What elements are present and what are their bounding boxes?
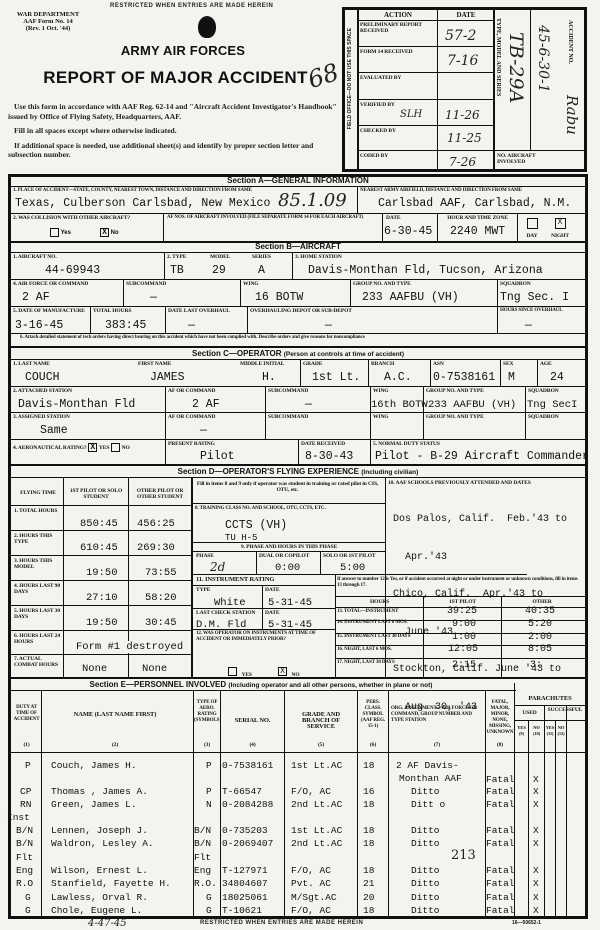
hours-row-other: 8:05 [528,644,552,655]
section-e-title: Section E—PERSONNEL INVOLVED (Including … [11,680,511,689]
date-received-value: 8-30-43 [305,451,353,463]
rating: R.O. [194,878,217,889]
injury: Fatal [486,774,515,785]
flying-row-label: 1. Total hours [14,508,62,514]
subcommand-value: — [150,292,157,304]
org: Ditto [411,905,440,916]
header-class: Pers. class. symbol (AAF Reg. 15-1) [358,700,388,730]
type-model-value: TB-29A [505,32,527,103]
grade-label: Grade [303,361,322,367]
ink-blot [198,16,216,38]
branch-label: Branch [371,361,394,367]
section-d-title: Section D—OPERATOR'S FLYING EXPERIENCE (… [11,467,585,476]
grade: 1st Lt.AC [291,760,342,771]
asn-label: ASN [433,361,444,367]
parachutes-successful-header: Successful [545,707,585,713]
collision-label: 2. Was collision with other aircraft? [13,215,163,221]
duty-status-label: 5. Normal duty status [373,441,440,447]
injury: Fatal [486,892,515,903]
rating: G [206,892,212,903]
assigned-squadron-label: Squadron [528,414,559,420]
rating: G [206,905,212,916]
aero-rating-label: 4. Aeronautical rating? [13,445,87,451]
flying-row-label: 5. Hours last 30 days [14,608,62,620]
flying-row-label: 3. Hours this model [14,558,62,570]
home-station-value: Davis-Monthan Fld, Tucson, Arizona [308,265,543,277]
header-org-num: (7) [391,742,483,748]
hours-row-first: 2:15 [452,660,476,671]
af-numbers-label: AF Nos. of aircraft involved (File separ… [167,215,382,221]
hours-first-pilot-header: 1st pilot [425,599,500,605]
form14-received-label: Form 14 received [360,49,435,55]
print-code: 16—50652-1 [512,920,541,926]
org-continued: Monthan AAF [399,773,462,784]
hours-row-label: 16. Night, last 6 mos. [337,647,422,653]
collision-yes-option[interactable]: Yes [50,228,71,237]
wing-value: 16 BOTW [255,292,303,304]
duty: B/N [16,838,33,849]
para-col-num: (10) [529,731,544,737]
section-c-title-main: Section C—OPERATOR [192,349,282,358]
day-option[interactable]: Day [522,215,542,239]
para-used-no: No(10) [529,725,544,737]
instrument-rating-title: 11. Instrument rating [196,577,274,583]
present-rating-label: Present rating [168,441,215,447]
name: Green, James L. [51,799,137,810]
form-number: AAF Form No. 14 [8,18,88,25]
class: 18 [363,799,374,810]
squadron-value: Tng Sec. I [500,292,569,304]
name: Thomas , James A. [51,786,148,797]
coded-by-label: Coded by [360,153,388,159]
date-value: 6-30-45 [384,226,432,238]
class: 18 [363,905,374,916]
aero-rating-field: 4. Aeronautical rating? X Yes No [13,443,130,452]
personnel-row: CP Thomas , James A. P T-66547 F/O, AC 1… [11,786,585,799]
class: 18 [363,825,374,836]
flying-row-merged: Form #1 destroyed [74,641,185,653]
personnel-row: R.O Stanfield, Fayette H. R.O. 34804607 … [11,878,585,891]
attached-station-value: Davis-Monthan Fld [18,399,135,411]
hours-row-other: 5:20 [528,619,552,630]
assigned-station-value: Same [40,425,68,437]
flying-row-label: 7. Actual combat hours [14,656,62,668]
rating: B/N [194,838,211,849]
first-name-value: JAMES [150,372,185,384]
duty-status-value: Pilot - B-29 Aircraft Commander [375,451,589,463]
class: 20 [363,892,374,903]
office-box: Field Office—Do not use this space Actio… [342,7,587,172]
q12-note: If answer to number 12 is Yes, or if acc… [337,577,582,589]
aircraft-number-value: 44-69943 [45,265,100,277]
header-rating: Type of aero. rating (symbols) [194,700,220,724]
name: Stanfield, Fayette H. [51,878,171,889]
parachutes-used-header: Used [515,710,544,716]
sex-label: Sex [503,361,513,367]
since-overhaul-value: — [525,320,532,332]
af-command-label: 4. Air Force or Command [13,281,88,287]
last-name-value: COUCH [25,372,60,384]
flying-row-first: 850:45 [80,518,118,530]
header-class-num: (6) [358,742,388,748]
middle-initial-label: Middle initial [240,361,284,367]
class: 21 [363,878,374,889]
parachute-used-no: X [533,799,539,810]
injury: Fatal [486,878,515,889]
coded-by-date: 7-26 [449,155,476,169]
injury: Fatal [486,865,515,876]
hours-other-header: Other [503,599,581,605]
grade: 2nd Lt.AC [291,799,342,810]
manufacture-date-value: 3-16-45 [15,320,63,332]
attached-wing-value: 16th BOTW [371,399,428,411]
grade: F/O, AC [291,786,331,797]
flying-row-other: 269:30 [137,542,175,554]
section-e-title-main: Section E—PERSONNEL INVOLVED [90,680,227,689]
instruction-1: Use this form in accordance with AAF Reg… [8,102,338,121]
serial: 18025061 [222,892,268,903]
accident-number-label: Accident No. [567,20,573,64]
verified-by-date: 11-26 [445,108,480,122]
instrument-date-label: Date [265,587,279,593]
accident-number-handwritten: Rabu [563,95,581,135]
duty: G [25,905,31,916]
q12-no-checkbox[interactable]: X [278,667,287,676]
section-b-title: Section B—AIRCRAFT [11,242,585,251]
para-col-num: (12) [556,731,566,737]
hours-row-label: 17. Night, last 30 days [337,660,422,666]
action-header: Action [359,11,437,19]
dual-value: 0:00 [275,562,300,574]
office-side-label: Field Office—Do not use this space [347,28,353,129]
duty: R.O [16,878,33,889]
flying-row-other: 30:45 [145,617,177,629]
para-used-yes: Yes(9) [515,725,528,737]
duty: Flt [16,852,33,863]
school-line: Apr.'43 [393,552,567,565]
collision-no-option[interactable]: X No [100,228,119,237]
header-serial-num: (4) [221,742,284,748]
header-duty: Duty at time of accident [12,705,41,723]
personnel-row: G Chole, Eugene L. G T-10621 F/O, AC 18 … [11,905,585,918]
serial: T-127971 [222,865,268,876]
injury: Fatal [486,905,515,916]
org: Ditto [411,892,440,903]
training-class-value: CCTS (VH) [225,520,287,532]
header-rating-num: (3) [194,742,220,748]
total-hours-label: Total hours [93,308,131,314]
class: 18 [363,865,374,876]
night-option[interactable]: X Night [548,215,572,239]
parachute-used-no: X [533,878,539,889]
age-label: Age [540,361,552,367]
injury: Fatal [486,799,515,810]
page-title: REPORT OF MAJOR ACCIDENT [43,68,308,88]
header-injury-num: (8) [486,742,514,748]
preliminary-report-date: 57-2 [445,28,476,44]
parachute-used-no: X [533,892,539,903]
type-label: 2. Type [167,254,186,260]
personnel-row: Eng Wilson, Ernest L. Eng T-127971 F/O, … [11,865,585,878]
duty: G [25,892,31,903]
parachute-used-no: X [533,905,539,916]
personnel-row: RN Green, James L. N 0-2084288 2nd Lt.AC… [11,799,585,812]
para-col-num: (11) [545,731,555,737]
title-org: ARMY AIR FORCES [108,43,258,58]
day-checkbox[interactable] [527,218,538,229]
duty: B/N [16,825,33,836]
parachute-used-no: X [533,786,539,797]
attached-wing-label: Wing [373,388,389,394]
night-checkbox[interactable]: X [555,218,566,229]
personnel-row: B/N Lennen, Joseph J. B/N 0-735203 1st L… [11,825,585,838]
section-c-title: Section C—OPERATOR (Person at controls a… [11,349,585,358]
para-successful-no: No(12) [556,725,566,737]
nearest-airfield-value: Carlsbad AAF, Carlsbad, N.M. [378,198,571,210]
section-e-title-sub: (Including operator and all other person… [228,682,432,689]
solo-label: Solo or 1st pilot [323,553,375,559]
class: 16 [363,786,374,797]
flying-time-header: Flying time [13,490,63,496]
name: Chole, Eugene L. [51,905,142,916]
other-pilot-header: Other pilot or other student [130,488,190,500]
date-label: Date [386,215,400,221]
serial: 0-2069407 [222,838,273,849]
hours-row-label: 13. Total—Instrument [337,609,422,615]
instructions: Use this form in accordance with AAF Reg… [8,102,338,160]
assigned-af-label: AF or Command [168,414,215,420]
grade: 1st Lt.AC [291,825,342,836]
injury: Fatal [486,825,515,836]
preliminary-report-label: Preliminary report received [360,22,430,34]
last-name-label: 1. Last name [13,361,50,367]
header-name: Name (Last name first) [60,712,170,718]
squadron-label: Squadron [500,281,531,287]
assigned-af-value: — [200,425,207,437]
injury: Fatal [486,786,515,797]
present-rating-value: Pilot [200,451,235,463]
serial: T-10621 [222,905,262,916]
collision-yes-label: Yes [61,230,71,236]
solo-value: 5:00 [340,562,365,574]
tech-orders-label: 6. Attach detailed statement of tech ord… [20,335,560,341]
attached-group-label: Group No. and type [426,388,484,394]
hours-row-first: 12:05 [448,644,478,655]
asn-value: 0-7538161 [433,372,495,384]
parachute-used-no: X [533,865,539,876]
assigned-subcommand-label: Subcommand [268,414,308,420]
attached-subcommand-value: — [305,399,312,411]
student-note: Fill in items 8 and 9 only if operator w… [195,481,380,493]
rating: P [206,786,212,797]
rating: P [206,760,212,771]
af-command-value: 2 AF [22,292,50,304]
attached-station-label: 2. Attached station [13,388,72,394]
personnel-row: Flt Flt [11,852,585,865]
handwritten-note-213: 213 [451,848,476,863]
flying-row-label: 6. Hours last 24 hours [14,633,62,645]
first-name-label: First name [138,361,171,367]
date-header: Date [439,11,493,19]
since-overhaul-label: Hours since overhaul [500,308,562,314]
schools-label: 10. AAF schools previously attended and … [388,480,583,486]
aero-rating-yes-checkbox[interactable]: X [88,443,97,452]
phase-label: Phase [196,553,214,559]
evaluated-by-label: Evaluated by [360,75,401,81]
header-injury: Fatal, major, minor, none, missing, unkn… [486,700,514,736]
home-station-label: 3. Home station [295,254,342,260]
overhaul-depot-value: — [325,320,332,332]
first-pilot-header: 1st pilot or solo student [66,488,126,500]
section-d-title-sub: (Including civilian) [361,469,418,476]
collision-yes-checkbox[interactable] [50,228,59,237]
rating: N [206,799,212,810]
hours-col-header: Hours [337,599,422,605]
form-id: War Department AAF Form No. 14 (Rev. 1 O… [8,11,88,32]
grade-value: 1st Lt. [312,372,360,384]
form-rev: (Rev. 1 Oct. '44) [8,25,88,32]
subcommand-label: Subcommand [126,281,166,287]
name: Wilson, Ernest L. [51,865,148,876]
flying-row-label: 2. Hours this type [14,533,62,545]
hours-row-label: 15. Instrument last 30 days [337,634,422,640]
flying-row-first: 19:50 [86,567,118,579]
org: 2 AF Davis- [396,760,459,771]
overhaul-depot-label: Overhauling depot or sub-depot [250,308,352,314]
training-class-label: 8. Training class No. and school, OTU, C… [195,506,383,512]
duty: Eng [16,865,33,876]
header-grade: Grade and branch of service [288,712,354,730]
verified-by-label: Verified by [360,102,395,108]
hours-row-first: 9:00 [452,619,476,630]
name: Lawless, Orval R. [51,892,148,903]
name: Lennen, Joseph J. [51,825,148,836]
sex-value: M [508,372,515,384]
parachutes-header: Parachutes [515,696,585,702]
grade: Pvt. AC [291,878,331,889]
personnel-row: P Couch, James H. P 0-7538161 1st Lt.AC … [11,760,585,773]
parachute-used-no: X [533,838,539,849]
last-overhaul-label: Date last overhaul [168,308,230,314]
verified-by-value: SLH [400,109,422,120]
hours-row-first: 39:25 [447,606,477,617]
branch-value: A.C. [384,372,412,384]
instruction-3: If additional space is needed, use addit… [8,141,338,160]
header-grade-num: (5) [288,742,354,748]
serial: 34804607 [222,878,268,889]
night-label: Night [548,233,572,239]
flying-row-other: 456:25 [137,518,175,530]
section-d-title-main: Section D—OPERATOR'S FLYING EXPERIENCE [178,467,359,476]
school-line: Dos Palos, Calif. Feb.'43 to [393,514,567,527]
org: Ditto [411,878,440,889]
attached-subcommand-label: Subcommand [268,388,308,394]
flying-row-label: 4. Hours last 90 days [14,583,62,595]
day-label: Day [522,233,542,239]
hours-row-other: 3: [530,660,542,671]
nearest-airfield-label: Nearest Army Airfield, Distance and Dire… [360,188,580,194]
handwritten-number: 68 [304,58,342,94]
attached-af-value: 2 AF [192,399,220,411]
name: Waldron, Lesley A. [51,838,154,849]
header-duty-num: (1) [12,742,41,748]
org: Ditto [411,786,440,797]
phase-value: 2d [210,560,225,574]
place-handwritten: 85.1.09 [278,190,347,211]
hours-row-other: 40:35 [525,606,555,617]
type-model-label: Type, model and series [495,18,501,96]
wing-label: Wing [243,281,259,287]
last-check-label: Last check station [196,610,256,616]
personnel-row: Inst [11,812,585,825]
personnel-row: B/N Waldron, Lesley A. B/N 0-2069407 2nd… [11,838,585,851]
q12-yes-checkbox[interactable] [228,667,237,676]
restricted-banner-bottom: Restricted when entries are made herein [200,920,363,926]
rating: Flt [194,852,211,863]
collision-no-checkbox[interactable]: X [100,228,109,237]
parachute-used-no: X [533,825,539,836]
group-label: Group No. and type [353,281,411,287]
flying-row-other: None [142,663,167,675]
hours-row-other: 2:00 [528,632,552,643]
aero-rating-no-checkbox[interactable] [111,443,120,452]
aircraft-number-label: 1. Aircraft No. [13,254,57,260]
series-label: Series [252,254,271,260]
serial: 0-2084288 [222,799,273,810]
duty: P [25,760,31,771]
place-label: 1. Place of accident—State, County, Near… [13,188,303,194]
footer-handwritten-note: 4-47-45 [88,918,127,929]
rating: Eng [194,865,211,876]
assigned-wing-label: Wing [373,414,389,420]
org: Ditto [411,838,440,849]
grade: F/O, AC [291,905,331,916]
restricted-banner-top: Restricted when entries are made herein [110,3,273,9]
duty: RN [20,799,31,810]
group-value: 233 AAFBU (VH) [362,292,459,304]
instruction-2: Fill in all spaces except where otherwis… [8,126,338,136]
duty: CP [20,786,31,797]
section-a-title: Section A—GENERAL INFORMATION [11,176,585,185]
last-overhaul-value: — [188,320,195,332]
attached-af-label: AF or Command [168,388,215,394]
class: 18 [363,760,374,771]
middle-initial-value: H. [262,372,276,384]
serial: T-66547 [222,786,262,797]
section-c-title-sub: (Person at controls at time of accident) [284,351,404,358]
model-label: Model [210,254,230,260]
accident-number-value: 45-6-30-1 [535,25,551,93]
age-value: 24 [550,372,564,384]
aero-rating-yes-label: Yes [99,445,109,451]
header-name-num: (2) [60,742,170,748]
collision-no-label: No [111,230,119,236]
flying-row-first: None [82,663,107,675]
hour-zone-value: 2240 MWT [450,226,505,238]
form14-received-date: 7-16 [447,53,478,69]
name: Couch, James H. [51,760,137,771]
org: Ditto [411,825,440,836]
no-aircraft-involved-label: No. aircraft involved [497,153,542,165]
assigned-station-label: 3. Assigned station [13,414,70,420]
assigned-group-label: Group No. and type [426,414,484,420]
hours-row-label: 14. Instrument last 6 mos. [337,620,422,626]
duty: Inst [7,812,30,823]
grade: F/O, AC [291,865,331,876]
para-successful-yes: Yes(11) [545,725,555,737]
org: Ditt o [411,799,445,810]
flying-row-first: 27:10 [86,592,118,604]
